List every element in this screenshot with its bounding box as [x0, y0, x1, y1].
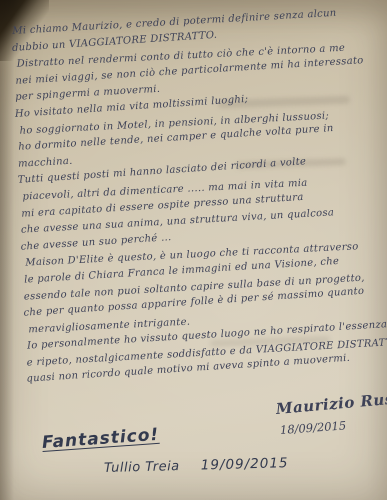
reply-exclamation: Fantastico!: [41, 425, 160, 453]
guestbook-page-photo: Mi chiamo Maurizio, e credo di potermi d…: [0, 0, 387, 500]
guestbook-entry-text: Mi chiamo Maurizio, e credo di potermi d…: [11, 8, 387, 389]
signature-maurizio: Maurizio Russo: [275, 388, 387, 418]
signature-block: Maurizio Russo 18/09/2015: [276, 400, 387, 437]
signature-tullio: Tullio Treia: [104, 459, 180, 476]
page-edge-shade: [0, 0, 14, 500]
reply-entry: Fantastico! Tullio Treia 19/09/2015: [42, 433, 289, 476]
entry-date: 18/09/2015: [280, 414, 387, 437]
reply-date: 19/09/2015: [201, 455, 289, 473]
reply-signature-row: Tullio Treia 19/09/2015: [104, 452, 289, 476]
